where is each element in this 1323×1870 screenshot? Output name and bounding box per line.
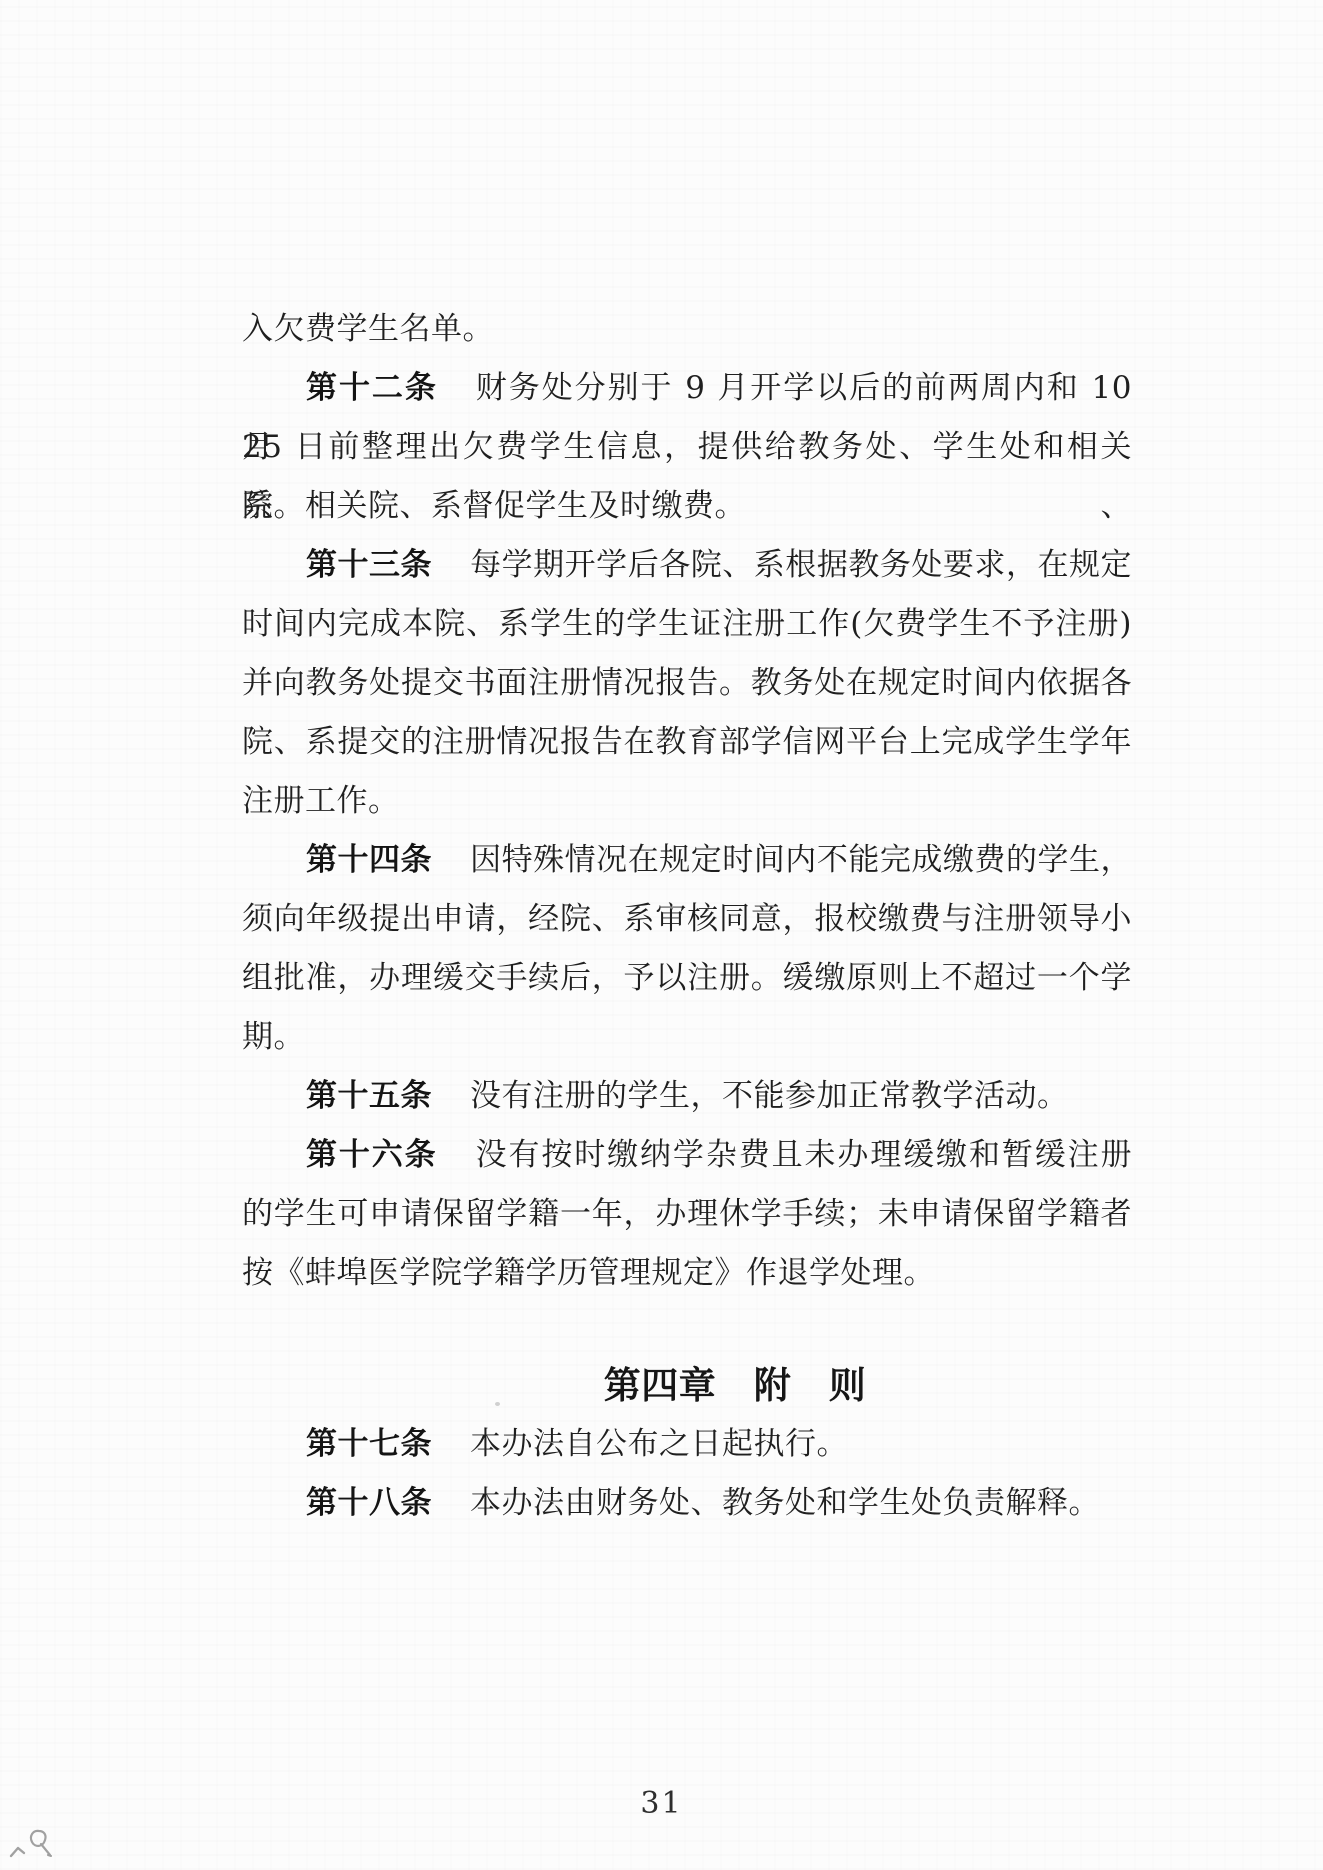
document-text-block: 入欠费学生名单。 第十二条财务处分别于 9 月开学以后的前两周内和 10 月 2… (242, 300, 1132, 1533)
text-line: 第十五条没有注册的学生，不能参加正常教学活动。 (242, 1067, 1132, 1126)
line-text: 期。 (242, 1019, 305, 1055)
line-text: 第四章 附 则 (604, 1363, 867, 1407)
article-number: 第十六条 (306, 1137, 438, 1173)
line-text: 时间内完成本院、系学生的学生证注册工作(欠费学生不予注册) (242, 606, 1132, 642)
text-line: 时间内完成本院、系学生的学生证注册工作(欠费学生不予注册) (242, 595, 1132, 654)
text-line: 第十二条财务处分别于 9 月开学以后的前两周内和 10 月 (242, 359, 1132, 418)
text-line: 25 日前整理出欠费学生信息，提供给教务处、学生处和相关院、 (242, 418, 1132, 477)
text-line: 入欠费学生名单。 (242, 300, 1132, 359)
line-text: 因特殊情况在规定时间内不能完成缴费的学生， (470, 842, 1132, 878)
article-number: 第十四条 (306, 842, 432, 878)
handwritten-pen-mark (8, 1822, 56, 1864)
page-number: 31 (0, 1786, 1323, 1821)
line-text: 本办法由财务处、教务处和学生处负责解释。 (470, 1485, 1100, 1521)
line-text: 入欠费学生名单。 (242, 311, 494, 347)
text-line: 第十三条每学期开学后各院、系根据教务处要求，在规定 (242, 536, 1132, 595)
line-text: 须向年级提出申请，经院、系审核同意，报校缴费与注册领导小 (242, 901, 1132, 937)
text-line: 第四章 附 则 (290, 1356, 1180, 1415)
line-text: 没有注册的学生，不能参加正常教学活动。 (470, 1078, 1069, 1114)
text-line: 组批准，办理缓交手续后，予以注册。缓缴原则上不超过一个学 (242, 949, 1132, 1008)
article-number: 第十二条 (306, 370, 438, 406)
line-text: 没有按时缴纳学杂费且未办理缓缴和暂缓注册 (476, 1137, 1132, 1173)
line-text: 院、系提交的注册情况报告在教育部学信网平台上完成学生学年 (242, 724, 1132, 760)
text-line: 并向教务处提交书面注册情况报告。教务处在规定时间内依据各 (242, 654, 1132, 713)
text-line: 第十四条因特殊情况在规定时间内不能完成缴费的学生， (242, 831, 1132, 890)
line-text: 组批准，办理缓交手续后，予以注册。缓缴原则上不超过一个学 (242, 960, 1132, 996)
text-line: 按《蚌埠医学院学籍学历管理规定》作退学处理。 (242, 1244, 1132, 1303)
text-line: 第十八条本办法由财务处、教务处和学生处负责解释。 (242, 1474, 1132, 1533)
text-line: 注册工作。 (242, 772, 1132, 831)
line-text: 的学生可申请保留学籍一年，办理休学手续；未申请保留学籍者 (242, 1196, 1132, 1232)
text-line: 的学生可申请保留学籍一年，办理休学手续；未申请保留学籍者 (242, 1185, 1132, 1244)
line-text: 并向教务处提交书面注册情况报告。教务处在规定时间内依据各 (242, 665, 1132, 701)
line-text: 每学期开学后各院、系根据教务处要求，在规定 (470, 547, 1132, 583)
ink-speck (495, 1402, 500, 1406)
text-line: 期。 (242, 1008, 1132, 1067)
text-line: 第十七条本办法自公布之日起执行。 (242, 1415, 1132, 1474)
line-text: 按《蚌埠医学院学籍学历管理规定》作退学处理。 (242, 1255, 935, 1291)
article-number: 第十七条 (306, 1426, 432, 1462)
scanned-document-page: 入欠费学生名单。 第十二条财务处分别于 9 月开学以后的前两周内和 10 月 2… (0, 0, 1323, 1870)
article-number: 第十八条 (306, 1485, 432, 1521)
line-text: 注册工作。 (242, 783, 400, 819)
article-number: 第十三条 (306, 547, 432, 583)
article-number: 第十五条 (306, 1078, 432, 1114)
text-line: 第十六条没有按时缴纳学杂费且未办理缓缴和暂缓注册 (242, 1126, 1132, 1185)
text-line: 须向年级提出申请，经院、系审核同意，报校缴费与注册领导小 (242, 890, 1132, 949)
text-line: 院、系提交的注册情况报告在教育部学信网平台上完成学生学年 (242, 713, 1132, 772)
line-text: 本办法自公布之日起执行。 (470, 1426, 848, 1462)
line-text: 系。相关院、系督促学生及时缴费。 (242, 488, 746, 524)
